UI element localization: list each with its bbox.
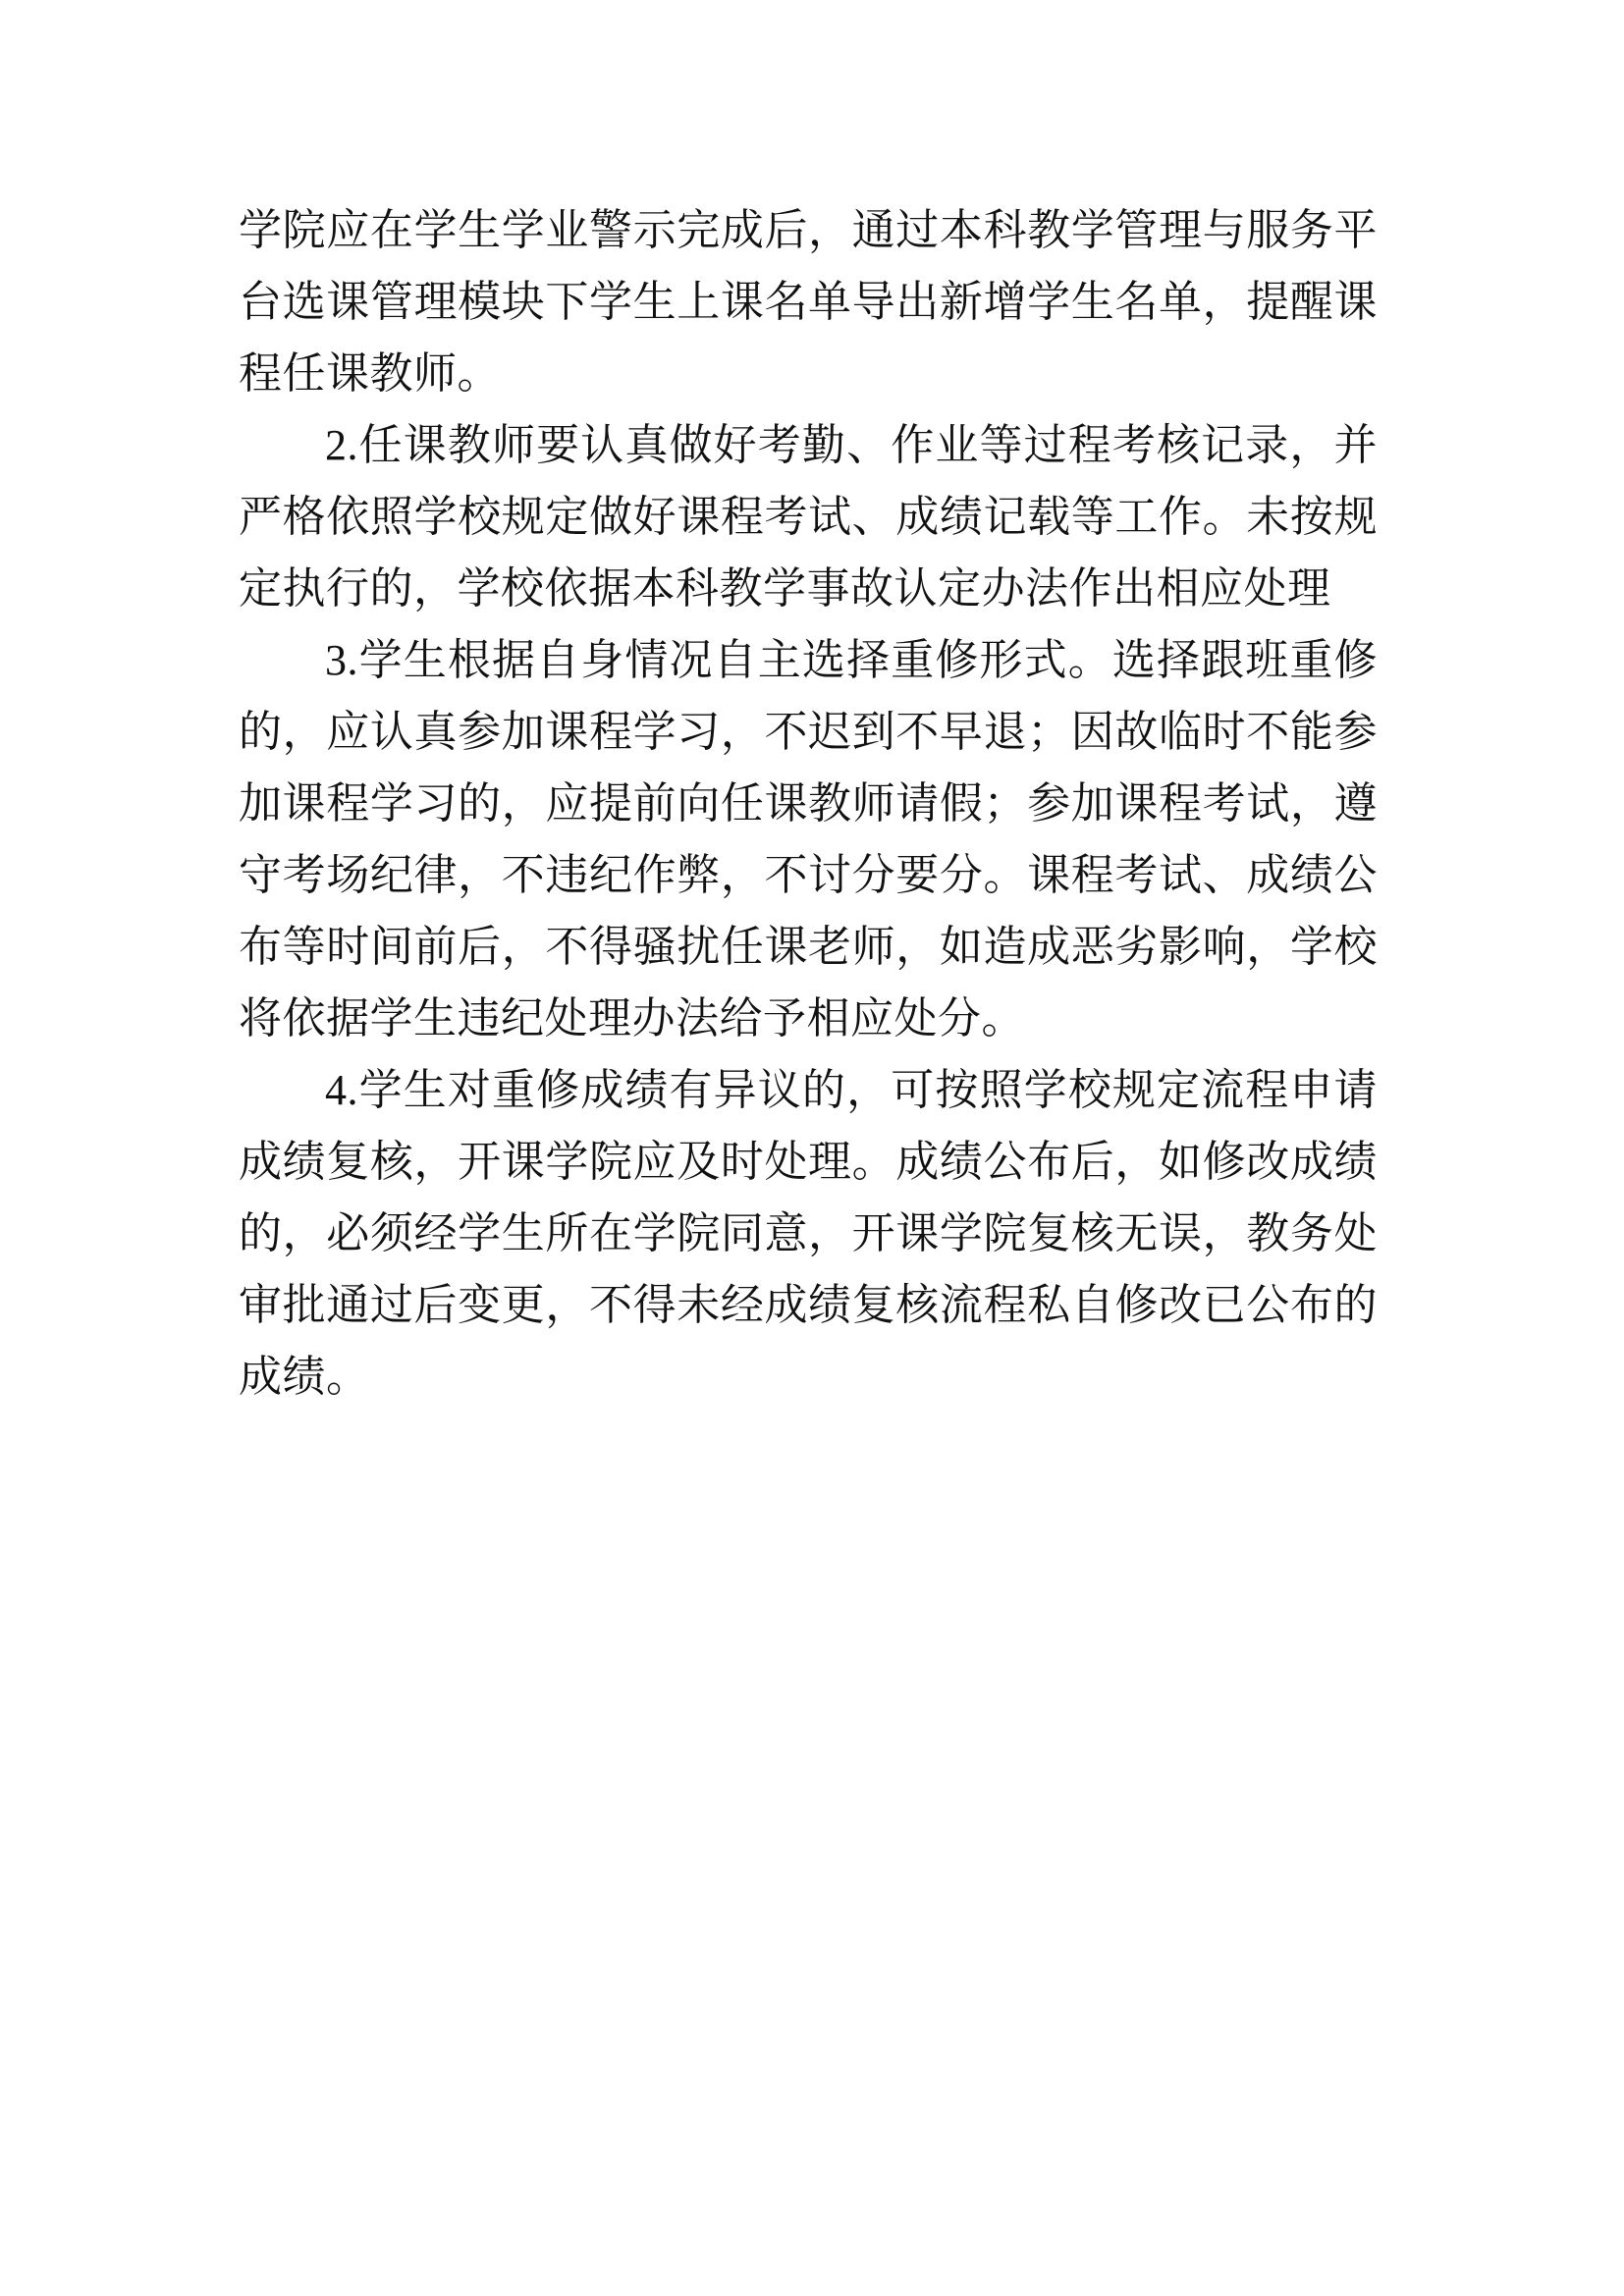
paragraph-continuation: 学院应在学生学业警示完成后，通过本科教学管理与服务平台选课管理模块下学生上课名单… (239, 194, 1378, 409)
paragraph-item-2: 2.任课教师要认真做好考勤、作业等过程考核记录，并严格依照学校规定做好课程考试、… (239, 409, 1378, 624)
paragraph-item-4: 4.学生对重修成绩有异议的，可按照学校规定流程申请成绩复核，开课学院应及时处理。… (239, 1054, 1378, 1413)
document-page: 学院应在学生学业警示完成后，通过本科教学管理与服务平台选课管理模块下学生上课名单… (0, 0, 1624, 2296)
paragraph-item-3: 3.学生根据自身情况自主选择重修形式。选择跟班重修的，应认真参加课程学习，不迟到… (239, 624, 1378, 1054)
document-text-block: 学院应在学生学业警示完成后，通过本科教学管理与服务平台选课管理模块下学生上课名单… (239, 194, 1378, 1413)
